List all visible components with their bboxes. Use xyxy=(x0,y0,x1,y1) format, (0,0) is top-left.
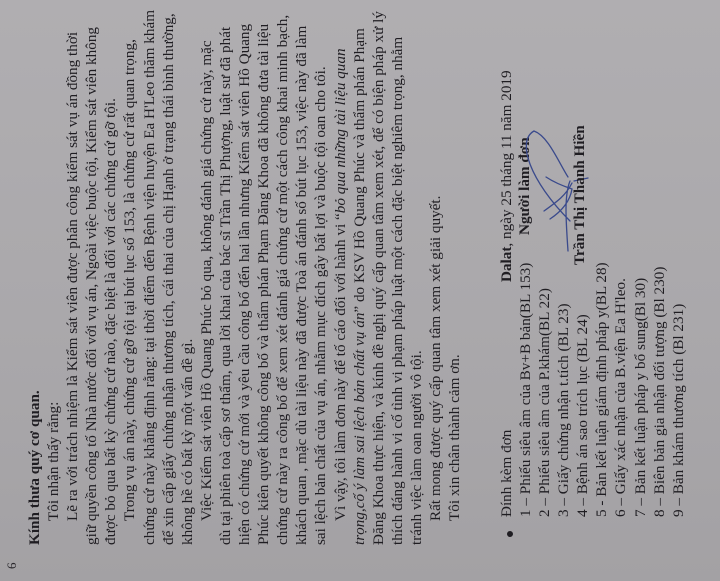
attachment-item: 4 – Bệnh án sao trích lục (BL 24) xyxy=(573,262,592,517)
page-number: 6 xyxy=(2,563,21,570)
emphasized-text: trọng,cố ý làm sai lệch bản chất vụ án xyxy=(351,313,368,545)
body-line: trọng,cố ý làm sai lệch bản chất vụ án” … xyxy=(350,99,369,545)
letter-body: Kính thưa quý cơ quan. Tôi nhận thấy rằn… xyxy=(25,99,464,545)
document-page: 6 Kính thưa quý cơ quan. Tôi nhận thấy r… xyxy=(0,0,720,581)
body-line: Trong vụ án này, chứng cứ gỡ tội tại bút… xyxy=(120,99,139,545)
attachment-item: 3 – Giấy chứng nhận t.tích (BL 23) xyxy=(554,262,573,517)
body-line: Việc Kiểm sát viên Hồ Quang Phúc bỏ qua,… xyxy=(197,99,216,545)
body-line: khách quan , mặc dù tài liệu này đã được… xyxy=(292,99,311,545)
attachment-item: 6 – Giấy xác nhận của B.viện Ea H'leo. xyxy=(611,262,630,517)
attachment-item: 1 – Phiếu siêu âm của Bv+B bản(BL 153) xyxy=(516,262,535,517)
body-line: hiện có chứng cứ mới và yêu cầu công bố … xyxy=(235,99,254,545)
greeting: Kính thưa quý cơ quan. xyxy=(25,99,44,545)
text-span: ” do KSV Hồ Quang Phúc và thẩm phán Phạm xyxy=(351,28,368,312)
body-line: chứng cứ này khẳng định rằng: tại thời đ… xyxy=(140,99,159,545)
attachments-title: Đính kèm đơn xyxy=(497,430,516,517)
body-line: Vì vậy, tôi làm đơn này để tố cáo đối vớ… xyxy=(331,99,350,545)
body-line: Rất mong được quý cấp quan tâm xem xét g… xyxy=(426,99,445,545)
bullet-icon xyxy=(507,531,513,537)
body-line: Đăng Khoa thực hiện, và kính đề nghị quý… xyxy=(369,99,388,545)
attachment-item: 9 – Bản khám thương tích (Bl 231) xyxy=(669,262,688,517)
body-line: Tôi xin chân thành cảm ơn. xyxy=(445,99,464,545)
attachment-item: 2 – Phiếu siêu âm của P.khám(BL 22) xyxy=(535,262,554,517)
body-line: sai lệch bản chất của vụ án, nhằm mục đí… xyxy=(311,99,330,545)
body-line: tránh việc làm oan người vô tội. xyxy=(407,99,426,545)
attachment-item: 5 - Bản kết luận giám định pháp y(BL 28) xyxy=(592,262,611,517)
body-paragraphs: Tôi nhận thấy rằng:Lẽ ra với trách nhiệm… xyxy=(44,99,464,545)
emphasized-text: bỏ qua những tài liệu quan xyxy=(332,48,349,213)
body-line: được bỏ qua bất kỳ chứng cứ nào, đặc biệ… xyxy=(101,99,120,545)
body-line: Tôi nhận thấy rằng: xyxy=(44,99,63,545)
body-line: Phúc kiên quyết không công bố và thẩm ph… xyxy=(254,99,273,545)
body-line: giữ quyền công tố Nhà nước đối với vụ án… xyxy=(82,99,101,545)
body-line: không hề có bất kỳ một vấn đề gì. xyxy=(178,99,197,545)
text-span: Vì vậy, tôi làm đơn này để tố cáo đối vớ… xyxy=(332,213,349,521)
body-line: Lẽ ra với trách nhiệm là Kiểm sát viên đ… xyxy=(63,99,82,545)
signer-name: Trần Thị Thanh Hiền xyxy=(570,125,589,265)
attachment-item: 7 – Bản kết luận pháp y bổ sung(Bl 30) xyxy=(631,262,650,517)
body-line: thích đáng hành vi cố tình vi phạm pháp … xyxy=(388,99,407,545)
body-line: chứng cứ này ra công bố để xem xét đánh … xyxy=(273,99,292,545)
body-line: dù tại phiên toà cấp sơ thẩm, qua lời kh… xyxy=(216,99,235,545)
body-line: để xin cấp giấy chứng nhận thương tích, … xyxy=(159,99,178,545)
attachment-item: 8 – Biên bản gia nhận đối tượng (Bl 230) xyxy=(650,262,669,517)
attachments-list: 1 – Phiếu siêu âm của Bv+B bản(BL 153)2 … xyxy=(516,262,688,517)
